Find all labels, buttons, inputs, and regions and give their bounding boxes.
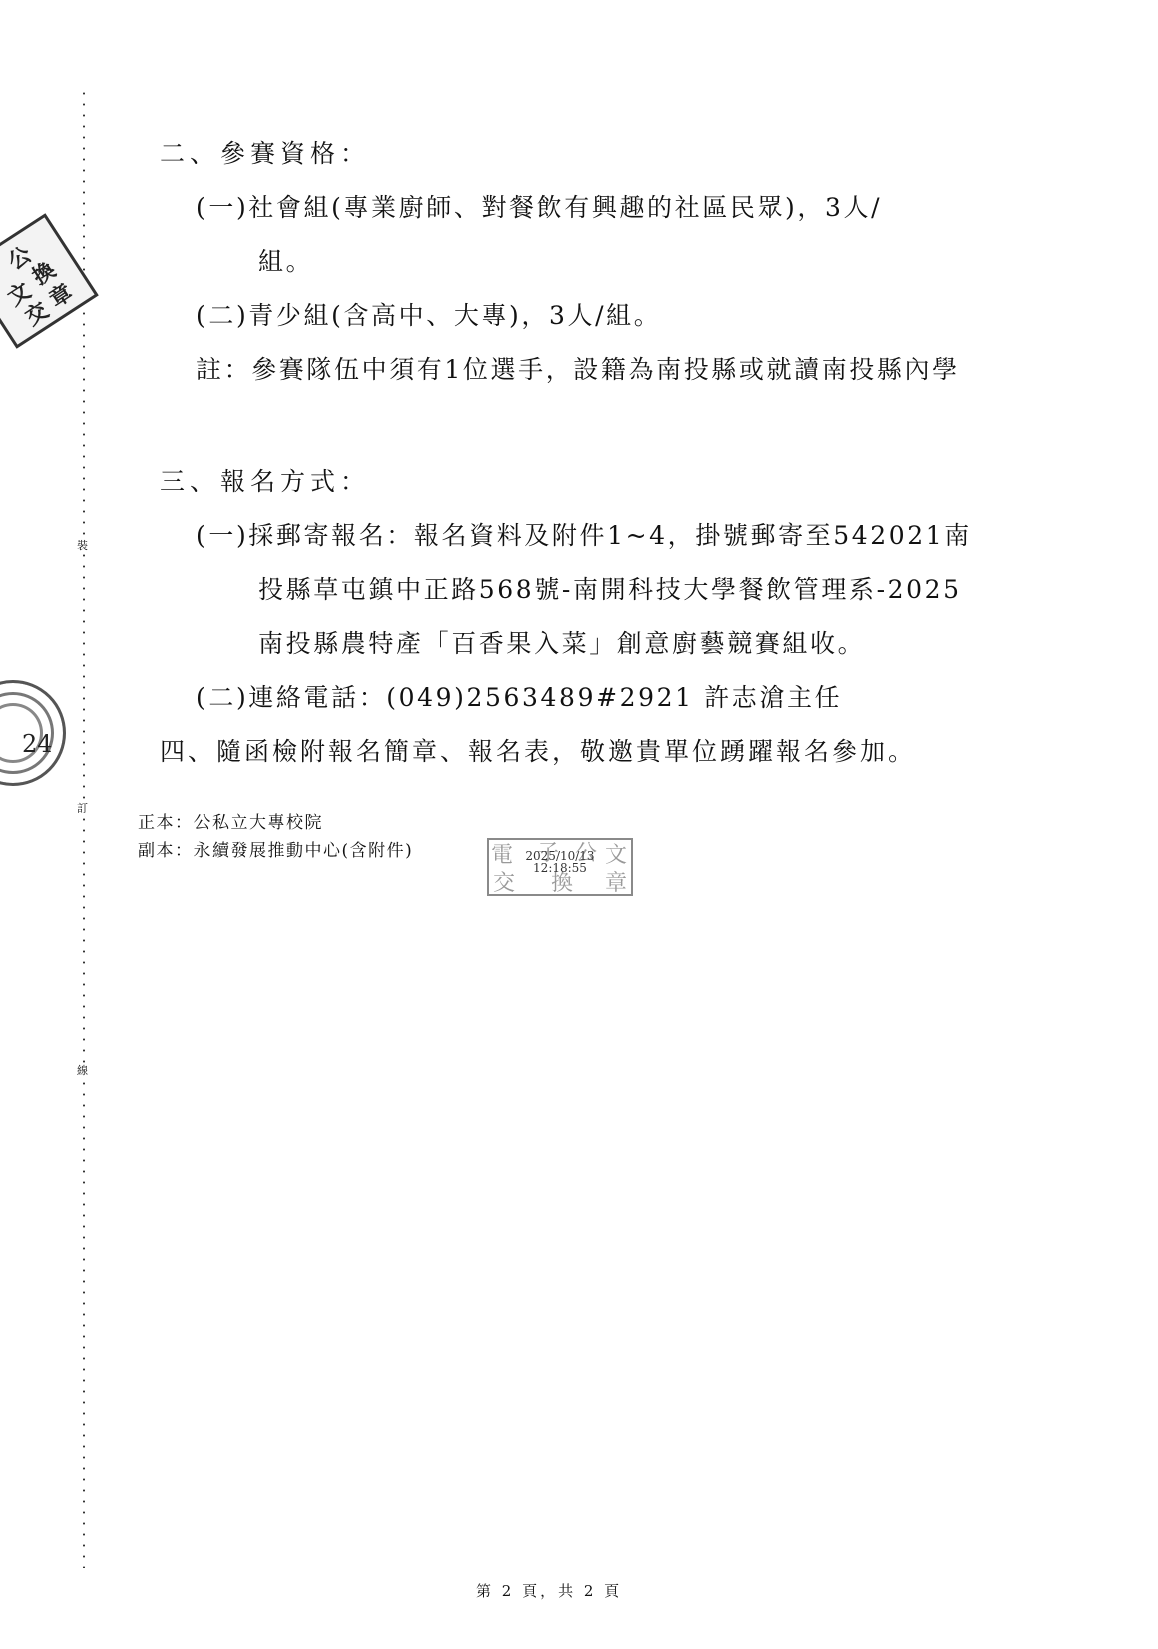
eligibility-item-1-line1: (一)社會組(專業廚師、對餐飲有興趣的社區民眾)，3人/	[196, 188, 882, 224]
section-heading-eligibility: 二、參賽資格：	[160, 134, 370, 170]
registration-contact-phone: (二)連絡電話：(049)2563489#2921 許志滄主任	[196, 678, 842, 714]
recipient-primary: 正本：公私立大專校院	[138, 808, 323, 833]
electronic-exchange-stamp: 電 子 公 文 交 換 章 2025/10/13 12:18:55	[487, 838, 633, 896]
binding-label-ding: 訂	[77, 803, 88, 815]
section-heading-attachments: 四、隨函檢附報名簡章、報名表，敬邀貴單位踴躍報名參加。	[160, 732, 916, 768]
stamp-time: 12:18:55	[510, 862, 610, 874]
page-number: 第 2 頁，共 2 頁	[476, 1580, 622, 1601]
registration-item-1-line3: 南投縣農特產「百香果入菜」創意廚藝競賽組收。	[258, 624, 865, 660]
eligibility-note: 註：參賽隊伍中須有1位選手，設籍為南投縣或就讀南投縣內學	[196, 350, 1034, 386]
binding-dotted-line	[82, 88, 86, 1568]
recipient-copy: 副本：永續發展推動中心(含附件)	[138, 836, 413, 861]
seal-number: 24	[22, 730, 53, 758]
binding-label-xian: 線	[77, 1065, 88, 1077]
binding-label-zhuang: 裝	[77, 540, 88, 552]
registration-item-1-line2: 投縣草屯鎮中正路568號-南開科技大學餐飲管理系-2025	[258, 570, 962, 606]
eligibility-item-1-line2: 組。	[258, 242, 313, 278]
registration-item-1-line1: (一)採郵寄報名：報名資料及附件1~4，掛號郵寄至542021南	[196, 516, 972, 552]
section-heading-registration: 三、報名方式：	[160, 462, 370, 498]
eligibility-item-2: (二)青少組(含高中、大專)，3人/組。	[196, 296, 661, 332]
